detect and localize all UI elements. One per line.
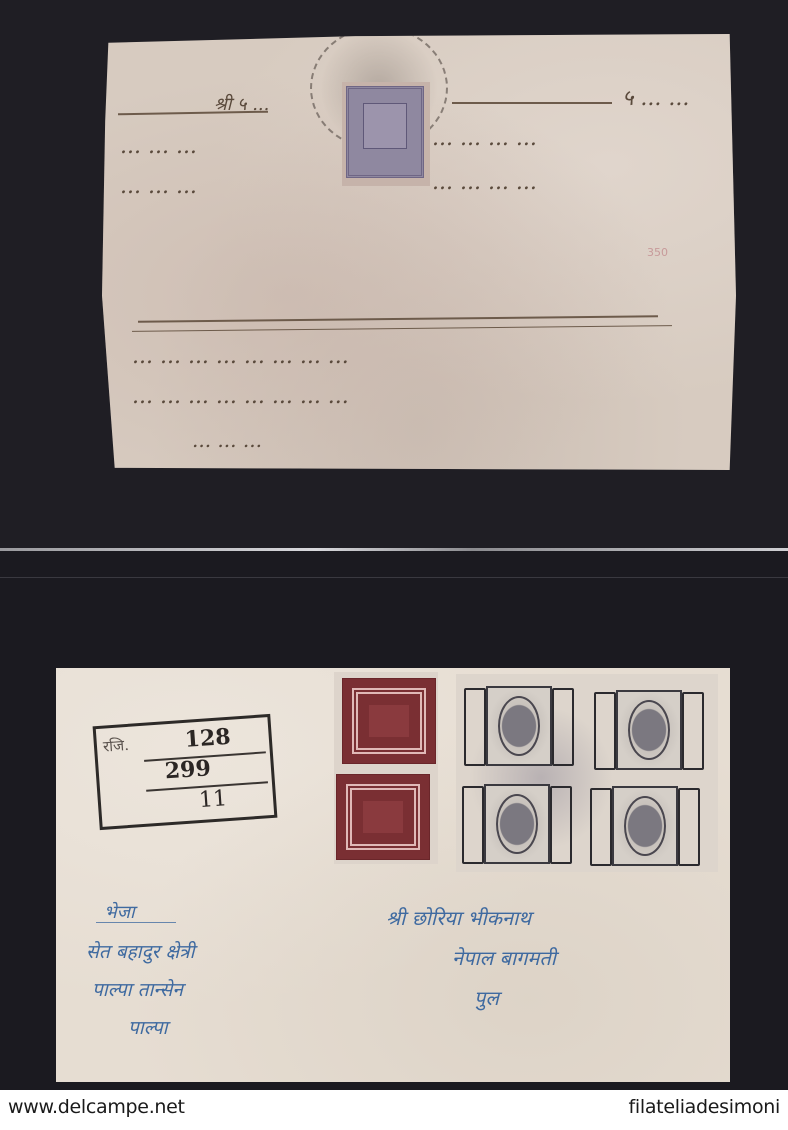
reg-number-bottom: 11 (198, 786, 228, 813)
stamp-side-panel (678, 788, 700, 866)
sender-line: सेत बहादुर क्षेत्री (86, 938, 195, 964)
handwriting-line: ... ... ... (120, 174, 197, 199)
stamp-center (612, 786, 678, 866)
stamp-center (486, 686, 552, 766)
watermark-strip: www.delcampe.net filateliadesimoni (0, 1090, 788, 1130)
album-page-line (0, 577, 788, 578)
registration-box: रजि. 128 299 11 (93, 714, 278, 830)
ink-rule (138, 315, 658, 322)
reg-number-middle: 299 (164, 755, 212, 784)
handwriting-line: ... ... ... (192, 428, 262, 452)
red-stamp (336, 774, 430, 860)
stamp-center (484, 784, 550, 864)
recipient-line: पुल (474, 984, 499, 1011)
ink-rule (452, 102, 612, 104)
stamp-side-panel (550, 786, 572, 864)
black-stamp (590, 786, 700, 866)
top-cover: श्री ५ ... ... ... ... ... ... ... ५ ...… (102, 34, 736, 470)
recipient-line: श्री छोरिया भीकनाथ (386, 904, 531, 931)
stamp-side-panel (590, 788, 612, 866)
stamp-side-panel (552, 688, 574, 766)
handwriting-line: ... ... ... ... ... ... ... ... (132, 384, 349, 409)
stamp-center (616, 690, 682, 770)
reg-label: रजि. (102, 735, 129, 757)
stamp-side-panel (462, 786, 484, 864)
ink-rule (132, 325, 672, 332)
handwriting-line: ... ... ... (120, 134, 197, 159)
stamp-design (346, 86, 424, 178)
bottom-cover: रजि. 128 299 11 (56, 668, 730, 1082)
album-photo: श्री ५ ... ... ... ... ... ... ... ५ ...… (0, 0, 788, 1090)
ink-rule (96, 922, 176, 923)
sender-line: पाल्पा तान्सेन (92, 976, 183, 1002)
seller-watermark: filateliadesimoni (628, 1096, 780, 1118)
sender-line: पाल्पा (128, 1014, 168, 1040)
handwriting-line: श्री ५ ... (214, 92, 269, 116)
sender-line: भेजा (104, 900, 135, 924)
handwriting-line: ... ... ... ... ... ... ... ... (132, 344, 349, 369)
grey-stamp (342, 82, 430, 186)
stamp-side-panel (464, 688, 486, 766)
black-stamp (464, 686, 574, 766)
site-watermark: www.delcampe.net (8, 1096, 185, 1118)
red-stamp (342, 678, 436, 764)
recipient-line: नेपाल बागमती (452, 944, 556, 971)
pencil-note: 350 (647, 246, 668, 259)
stamp-side-panel (594, 692, 616, 770)
black-stamp (594, 690, 704, 770)
handwriting-line: ... ... ... ... (432, 170, 537, 195)
handwriting-line: ५ ... ... (622, 82, 689, 112)
black-stamp (462, 784, 572, 864)
reg-number-top: 128 (184, 724, 232, 753)
stamp-side-panel (682, 692, 704, 770)
handwriting-line: ... ... ... ... (432, 126, 537, 151)
